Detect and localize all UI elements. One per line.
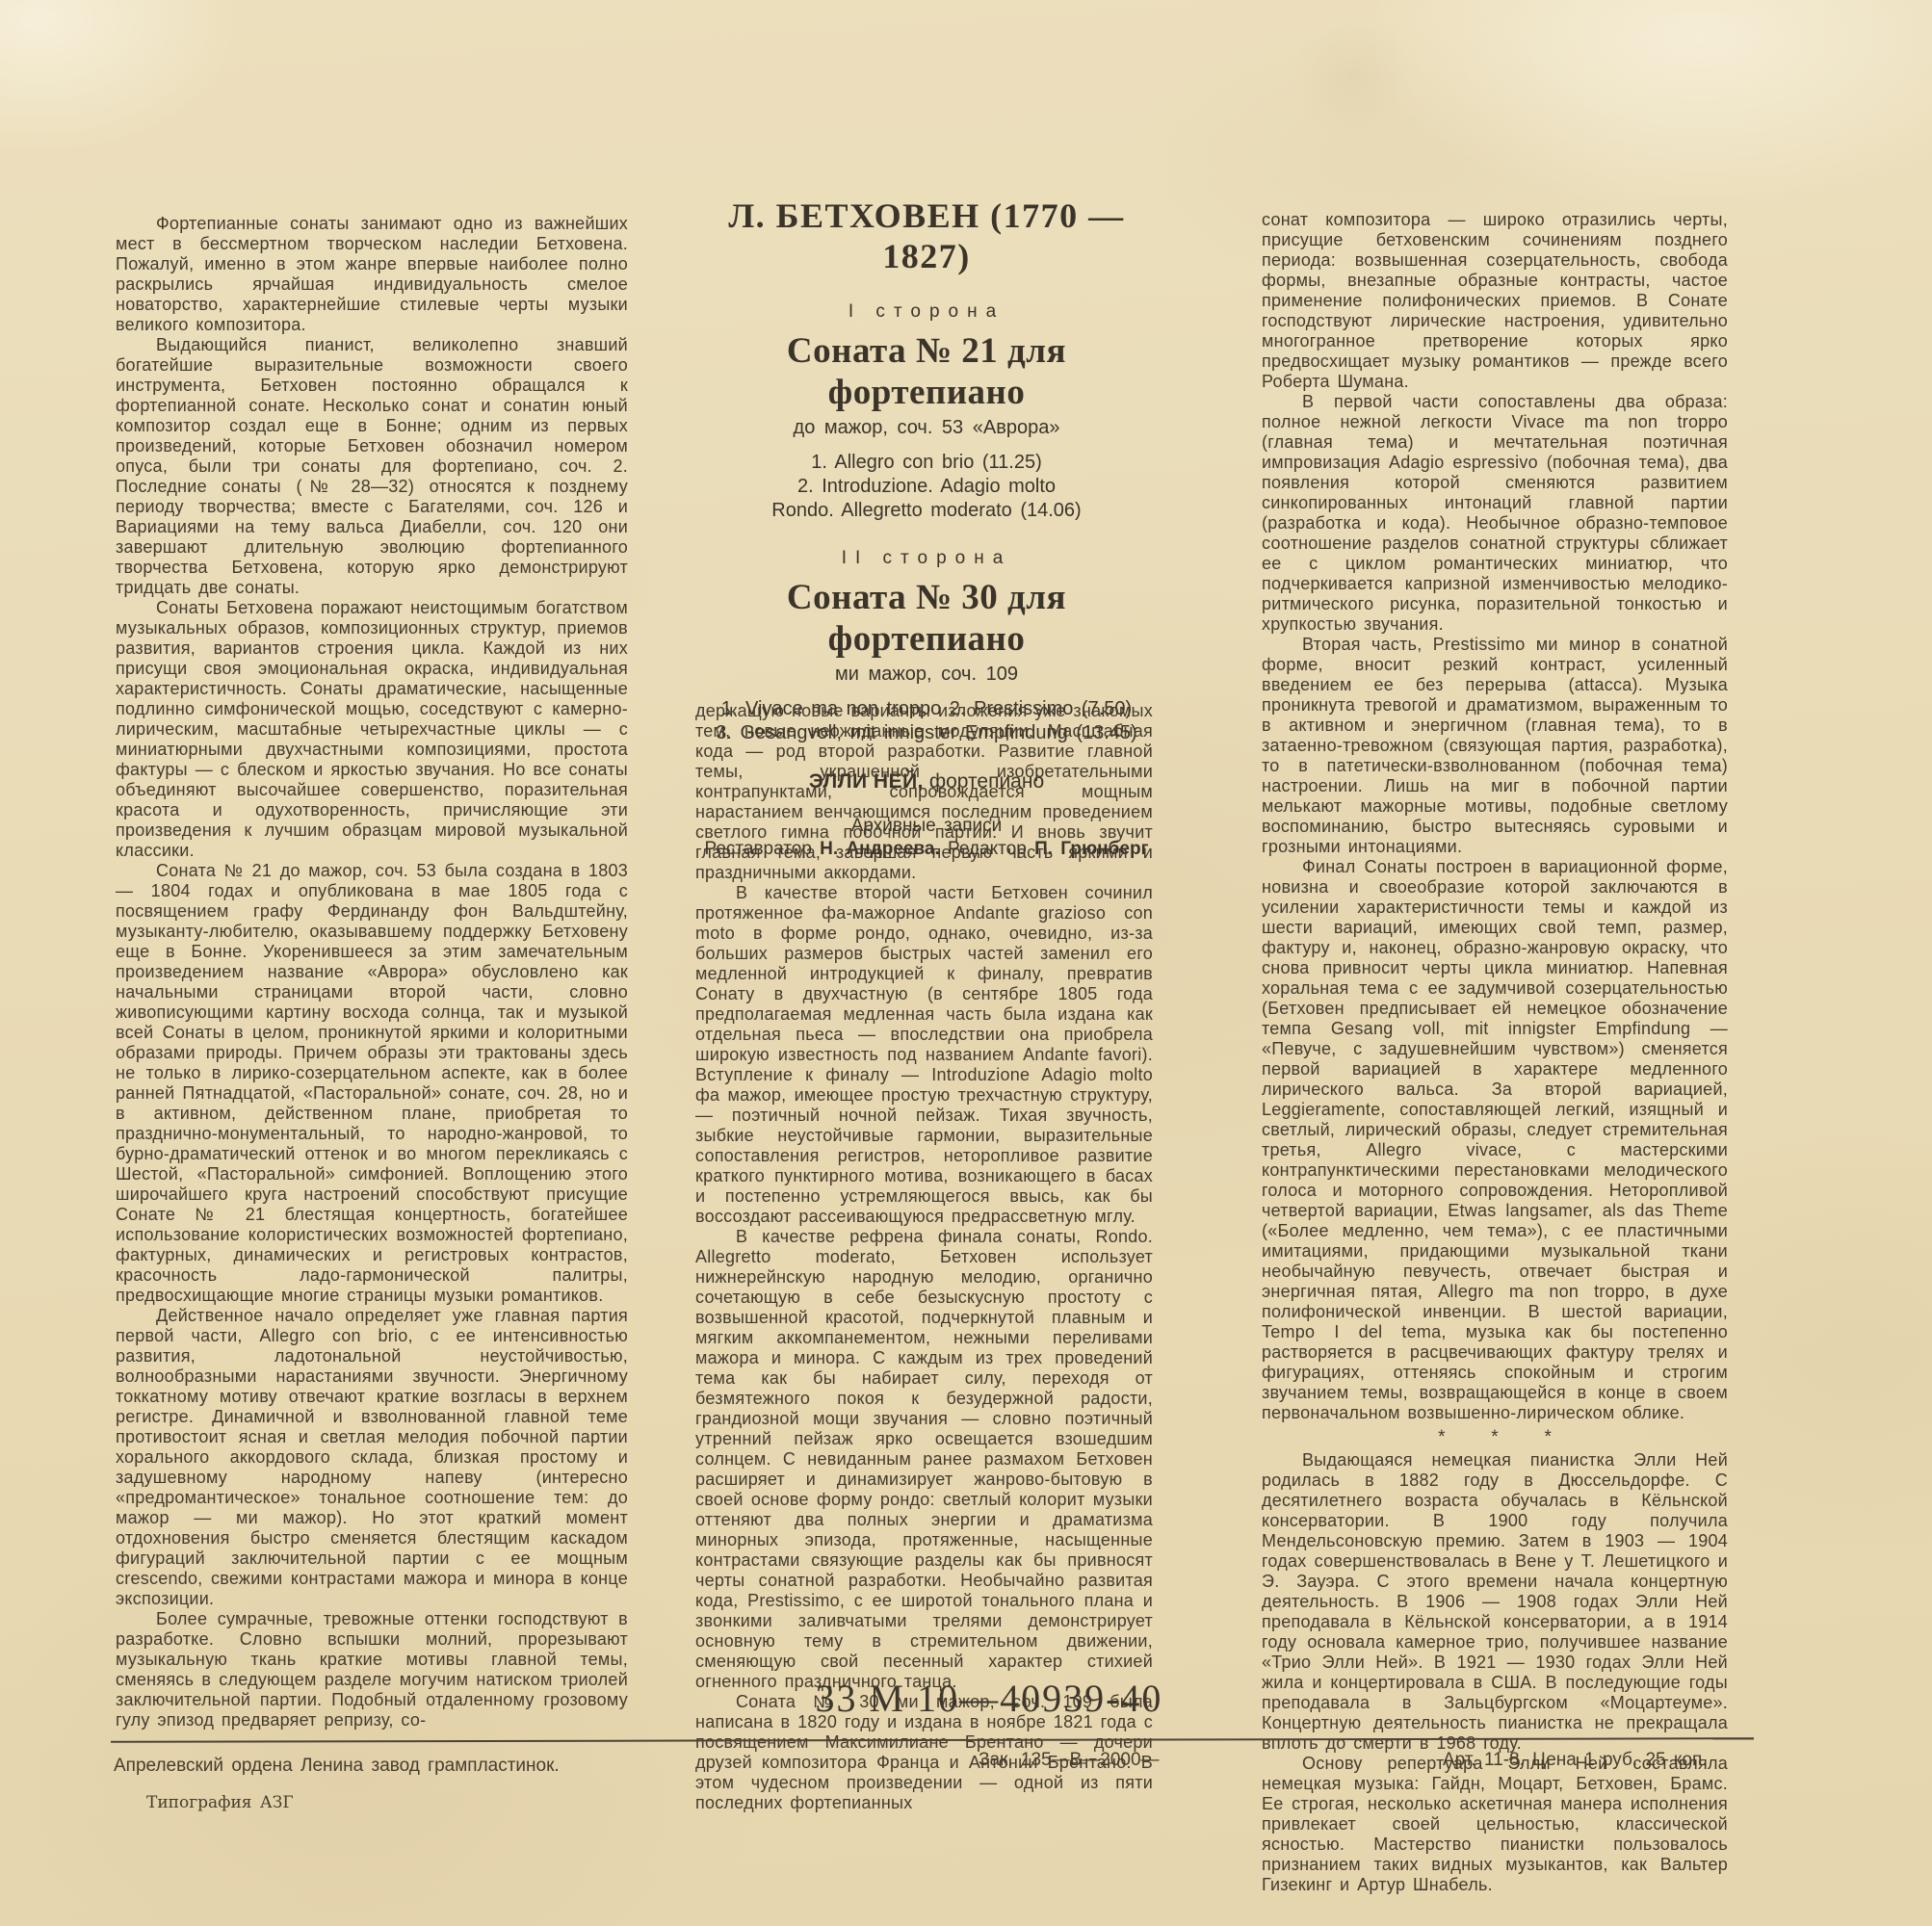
- essay-paragraph: сонат композитора — широко отразились че…: [1262, 210, 1728, 392]
- center-column: держащую новые варианты изложения уже зн…: [695, 701, 1153, 1813]
- essay-paragraph: Основу репертуара Элли Ней составляла не…: [1262, 1754, 1728, 1895]
- essay-paragraph: Выдающаяся немецкая пианистка Элли Ней р…: [1262, 1450, 1728, 1754]
- side2-work-subtitle: ми мажор, соч. 109: [686, 664, 1167, 686]
- side1-track-3: Rondo. Allegretto moderato (14.06): [686, 499, 1167, 523]
- printer-name: Типография АЗГ: [146, 1793, 294, 1812]
- essay-paragraph: В качестве второй части Бетховен сочинил…: [695, 883, 1153, 1227]
- article-price: Арт. 11-8. Цена 1 руб. 25 коп.: [1443, 1750, 1708, 1771]
- pressing-plant: Апрелевский ордена Ленина завод грамплас…: [114, 1756, 560, 1777]
- order-number: Зак. 135—В—2000—: [979, 1750, 1160, 1771]
- side1-track-list: 1. Allegro con brio (11.25) 2. Introduzi…: [686, 451, 1167, 523]
- catalog-number: 33 М 10—40939-40: [724, 1676, 1254, 1721]
- essay-paragraph: Соната № 21 до мажор, соч. 53 была созда…: [116, 861, 628, 1306]
- left-column: Фортепианные сонаты занимают одно из важ…: [116, 214, 628, 1731]
- composer-title: Л. БЕТХОВЕН (1770 — 1827): [686, 195, 1167, 276]
- essay-paragraph: Действенное начало определяет уже главна…: [116, 1306, 628, 1609]
- essay-paragraph: Сонаты Бетховена поражают неистощимым бо…: [116, 598, 628, 861]
- essay-paragraph: Вторая часть, Prestissimo ми минор в сон…: [1262, 635, 1728, 857]
- side1-label: I сторона: [686, 301, 1167, 323]
- side1-track-2: 2. Introduzione. Adagio molto: [686, 475, 1167, 499]
- side2-label: II сторона: [686, 548, 1167, 569]
- essay-paragraph: Более сумрачные, тревожные оттенки госпо…: [116, 1609, 628, 1731]
- essay-paragraph: Фортепианные сонаты занимают одно из важ…: [116, 214, 628, 335]
- section-separator: * * *: [1262, 1427, 1728, 1447]
- essay-paragraph: В качестве рефрена финала сонаты, Rondo.…: [695, 1227, 1153, 1692]
- essay-paragraph: В первой части сопоставлены два образа: …: [1262, 392, 1728, 635]
- side2-work-title: Соната № 30 для фортепиано: [686, 577, 1167, 660]
- essay-paragraph: Финал Сонаты построен в вариационной фор…: [1262, 857, 1728, 1423]
- side1-work-title: Соната № 21 для фортепиано: [686, 330, 1167, 413]
- right-column: сонат композитора — широко отразились че…: [1262, 210, 1728, 1895]
- side1-work-subtitle: до мажор, соч. 53 «Аврора»: [686, 417, 1167, 439]
- essay-paragraph: Выдающийся пианист, великолепно знавший …: [116, 335, 628, 598]
- side1-track-1: 1. Allegro con brio (11.25): [686, 451, 1167, 475]
- record-sleeve-back: { "colors": { "paper": "#e9dcba", "ink":…: [0, 0, 1932, 1926]
- essay-paragraph: держащую новые варианты изложения уже зн…: [695, 701, 1153, 883]
